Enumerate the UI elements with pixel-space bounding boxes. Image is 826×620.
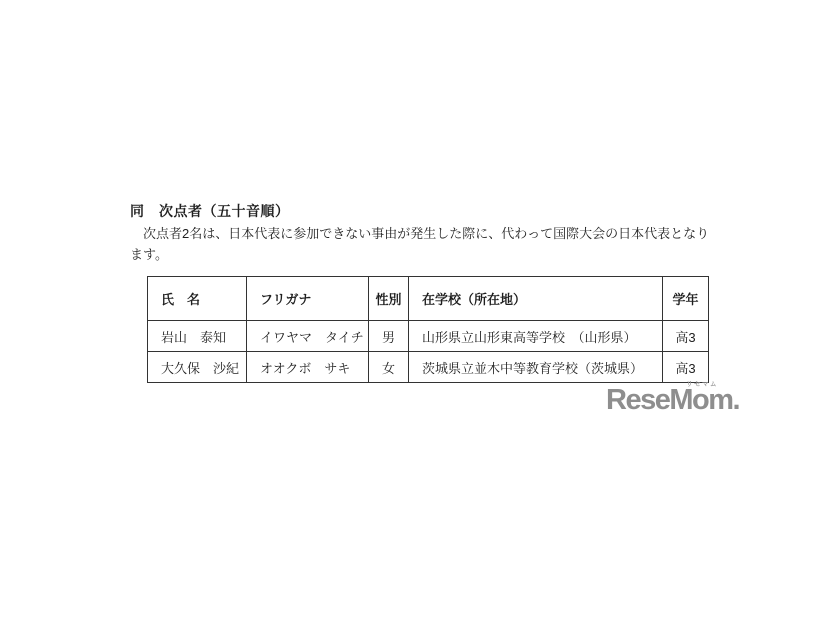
logo-period: .	[733, 384, 741, 416]
table-row: 大久保 沙紀 オオクボ サキ 女 茨城県立並木中等教育学校（茨城県） 高3	[148, 352, 709, 383]
logo-wordmark-text: ReseMom	[606, 384, 733, 416]
table-row: 岩山 泰知 イワヤマ タイチ 男 山形県立山形東高等学校 （山形県） 高3	[148, 321, 709, 352]
cell-school: 山形県立山形東高等学校 （山形県）	[409, 321, 663, 352]
page: 同 次点者（五十音順） 次点者2名は、日本代表に参加できない事由が発生した際に、…	[0, 0, 826, 620]
cell-gender: 女	[369, 352, 409, 383]
table-header-row: 氏 名 フリガナ 性別 在学校（所在地） 学年	[148, 277, 709, 321]
cell-grade: 高3	[663, 352, 709, 383]
paragraph-line-1: 次点者2名は、日本代表に参加できない事由が発生した際に、代わって国際大会の日本代…	[130, 223, 710, 244]
cell-gender: 男	[369, 321, 409, 352]
paragraph-line-2: ます。	[130, 244, 710, 265]
runner-up-table: 氏 名 フリガナ 性別 在学校（所在地） 学年 岩山 泰知 イワヤマ タイチ 男…	[147, 276, 709, 383]
cell-school: 茨城県立並木中等教育学校（茨城県）	[409, 352, 663, 383]
cell-name: 岩山 泰知	[148, 321, 247, 352]
cell-grade: 高3	[663, 321, 709, 352]
col-header-furigana: フリガナ	[247, 277, 369, 321]
body-paragraph: 次点者2名は、日本代表に参加できない事由が発生した際に、代わって国際大会の日本代…	[130, 223, 710, 265]
col-header-school: 在学校（所在地）	[409, 277, 663, 321]
col-header-gender: 性別	[369, 277, 409, 321]
col-header-grade: 学年	[663, 277, 709, 321]
logo-wordmark: ReseMom.	[606, 386, 728, 415]
resemom-logo: リセマム ReseMom.	[606, 382, 728, 418]
section-heading: 同 次点者（五十音順）	[130, 201, 290, 221]
cell-furigana: イワヤマ タイチ	[247, 321, 369, 352]
cell-furigana: オオクボ サキ	[247, 352, 369, 383]
cell-name: 大久保 沙紀	[148, 352, 247, 383]
logo-ruby-text: リセマム	[686, 382, 718, 389]
col-header-name: 氏 名	[148, 277, 247, 321]
